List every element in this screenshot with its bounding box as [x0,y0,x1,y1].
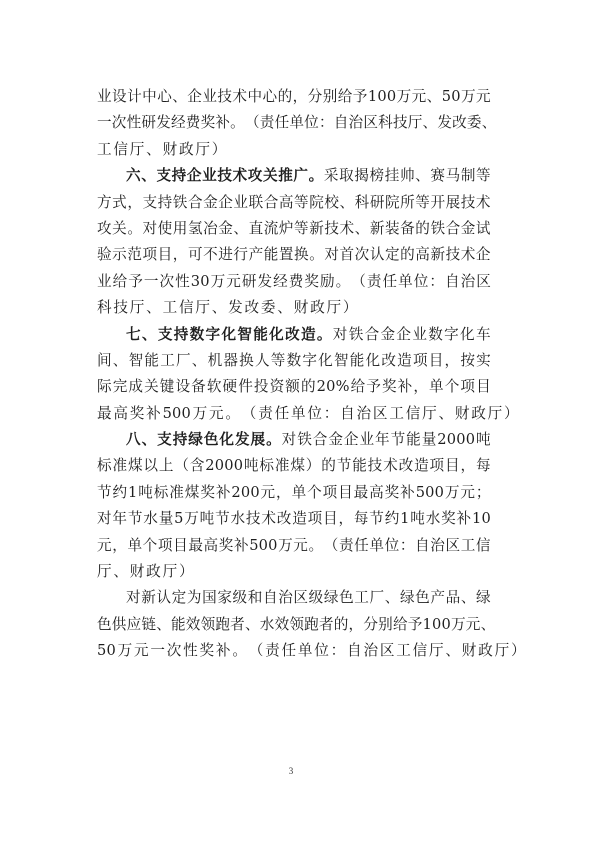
text-line: 元，单个项目最高奖补500万元。（责任单位：自治区工信 [97,533,491,559]
text-line: 科技厅、工信厅、发改委、财政厅） [97,295,491,321]
text-line: 间、智能工厂、机器换人等数字化智能化改造项目，按实 [97,348,491,374]
text-line: 色供应链、能效领跑者、水效领跑者的，分别给予100万元、 [97,612,491,638]
text-line: 50万元一次性奖补。（责任单位：自治区工信厅、财政厅） [97,638,491,664]
text-line: 业设计中心、企业技术中心的，分别给予100万元、50万元 [97,84,491,110]
text-line: 工信厅、财政厅） [97,137,491,163]
document-page: 业设计中心、企业技术中心的，分别给予100万元、50万元一次性研发经费奖补。（责… [0,0,595,842]
text-line: 对新认定为国家级和自治区级绿色工厂、绿色产品、绿 [97,585,491,611]
text-line: 八、支持绿色化发展。对铁合金企业年节能量2000吨 [97,427,491,453]
text-line: 对年节水量5万吨节水技术改造项目，每节约1吨水奖补10 [97,506,491,532]
text-line: 际完成关键设备软硬件投资额的20%给予奖补，单个项目 [97,374,491,400]
text-line: 攻关。对使用氢冶金、直流炉等新技术、新装备的铁合金试 [97,216,491,242]
text-line: 标准煤以上（含2000吨标准煤）的节能技术改造项目，每 [97,453,491,479]
document-body: 业设计中心、企业技术中心的，分别给予100万元、50万元一次性研发经费奖补。（责… [97,84,491,665]
text-line: 业给予一次性30万元研发经费奖励。（责任单位：自治区 [97,269,491,295]
text-line: 厅、财政厅） [97,559,491,585]
text-line: 节约1吨标准煤奖补200元，单个项目最高奖补500万元； [97,480,491,506]
text-line: 一次性研发经费奖补。（责任单位：自治区科技厅、发改委、 [97,110,491,136]
text-line: 六、支持企业技术攻关推广。采取揭榜挂帅、赛马制等 [97,163,491,189]
text-line: 验示范项目，可不进行产能置换。对首次认定的高新技术企 [97,242,491,268]
text-line: 七、支持数字化智能化改造。对铁合金企业数字化车 [97,322,491,348]
page-number: 3 [285,766,297,776]
text-line: 最高奖补500万元。（责任单位：自治区工信厅、财政厅） [97,401,491,427]
text-line: 方式，支持铁合金企业联合高等院校、科研院所等开展技术 [97,190,491,216]
